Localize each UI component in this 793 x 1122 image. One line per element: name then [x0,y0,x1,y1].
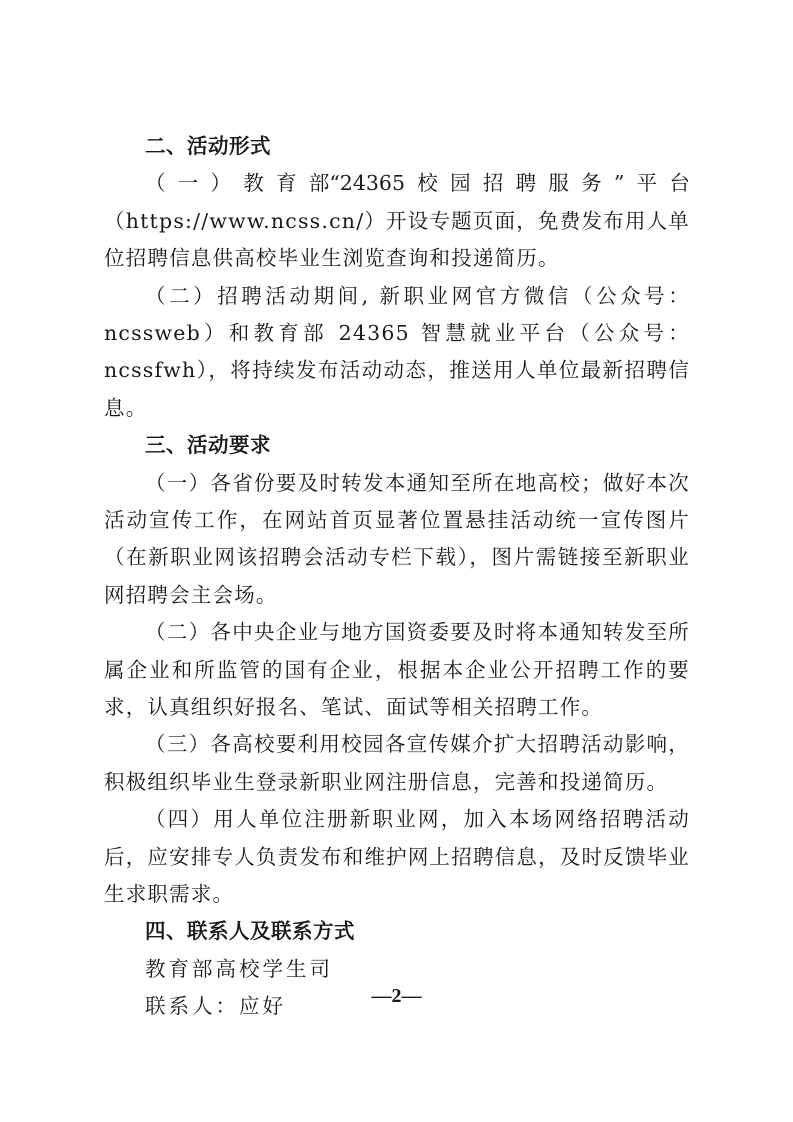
document-page: 二、活动形式 （ 一 ） 教 育 部“24365 校 园 招 聘 服 务 ” 平… [104,128,690,1026]
paragraph-text: （三）各高校要利用校园各宣传媒介扩大招聘活动影响，积极组织毕业生登录新职业网注册… [104,726,690,801]
token: 一 [178,165,199,202]
token: （ [145,165,166,202]
paragraph-1-first-line: （ 一 ） 教 育 部“24365 校 园 招 聘 服 务 ” 平 台 [104,165,690,202]
token: ” [614,165,624,202]
paragraph-text: （二）各中央企业与地方国资委要及时将本通知转发至所属企业和所监管的国有企业，根据… [104,614,690,726]
token: 招 [483,165,504,202]
section-heading-activity-requirements: 三、活动要求 [104,427,690,464]
paragraph-2: （二）招聘活动期间, 新职业网官方微信（公众号：ncssweb）和教育部 243… [104,278,690,428]
token: 部“24365 [309,165,405,202]
section-heading-activity-form: 二、活动形式 [104,128,690,165]
requirement-3: （三）各高校要利用校园各宣传媒介扩大招聘活动影响，积极组织毕业生登录新职业网注册… [104,726,690,801]
token: 台 [669,165,690,202]
paragraph-text: （二）招聘活动期间, 新职业网官方微信（公众号：ncssweb）和教育部 243… [104,278,690,428]
token: 教 [243,165,264,202]
token: 育 [276,165,297,202]
paragraph-1-continued: （https://www.ncss.cn/）开设专题页面，免费发布用人单位招聘信… [104,203,690,278]
token: ） [211,165,232,202]
paragraph-text: （https://www.ncss.cn/）开设专题页面，免费发布用人单位招聘信… [104,203,690,278]
contact-department: 教育部高校学生司 [104,951,690,988]
paragraph-text: （一）各省份要及时转发本通知至所在地高校；做好本次活动宣传工作，在网站首页显著位… [104,465,690,615]
token: 服 [548,165,569,202]
requirement-1: （一）各省份要及时转发本通知至所在地高校；做好本次活动宣传工作，在网站首页显著位… [104,465,690,615]
token: 聘 [516,165,537,202]
section-heading-contact: 四、联系人及联系方式 [104,913,690,950]
token: 校 [417,165,438,202]
token: 平 [637,165,658,202]
token: 务 [581,165,602,202]
token: 园 [450,165,471,202]
requirement-2: （二）各中央企业与地方国资委要及时将本通知转发至所属企业和所监管的国有企业，根据… [104,614,690,726]
page-number: —2— [0,985,793,1008]
paragraph-text: （四）用人单位注册新职业网，加入本场网络招聘活动后，应安排专人负责发布和维护网上… [104,801,690,913]
requirement-4: （四）用人单位注册新职业网，加入本场网络招聘活动后，应安排专人负责发布和维护网上… [104,801,690,913]
